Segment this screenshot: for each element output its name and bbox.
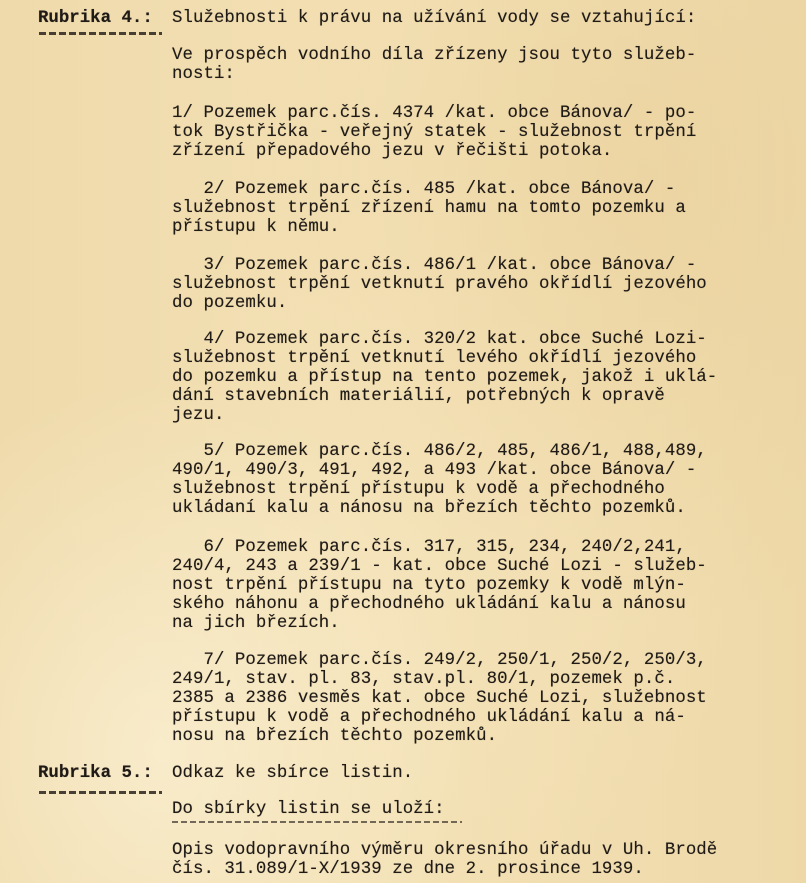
item-5-line: 490/1, 490/3, 491, 492, a 493 /kat. obce…	[172, 461, 696, 480]
item-1-line: tok Bystřička - veřejný statek - služebn…	[172, 123, 696, 142]
item-3-line: 3/ Pozemek parc.čís. 486/1 /kat. obce Bá…	[172, 256, 696, 275]
item-6-line: nost trpění přístupu na tyto pozemky k v…	[172, 576, 686, 595]
document-page: Rubrika 4.: Služebnosti k právu na užívá…	[0, 0, 806, 883]
rubrika-5-underline	[39, 791, 162, 794]
intro-line: nosti:	[172, 65, 235, 84]
item-2-line: přístupu k němu.	[172, 218, 340, 237]
intro-line: Ve prospěch vodního díla zřízeny jsou ty…	[172, 46, 696, 65]
item-3-line: služebnost trpění vetknutí pravého okříd…	[172, 275, 707, 294]
rubrika-5-label: Rubrika 5.:	[38, 764, 153, 783]
rubrika-4-label: Rubrika 4.:	[38, 9, 153, 28]
item-3-line: do pozemku.	[172, 294, 287, 313]
item-7-line: přístupu k vodě a přechodného ukládání k…	[172, 708, 686, 727]
rubrika-5-body-line: čís. 31.089/1-X/1939 ze dne 2. prosince …	[172, 860, 644, 879]
item-5-line: 5/ Pozemek parc.čís. 486/2, 485, 486/1, …	[172, 442, 707, 461]
item-4-line: dání stavebních materiálií, potřebných k…	[172, 387, 665, 406]
rubrika-4-underline	[39, 32, 162, 35]
item-1-line: zřízení přepadového jezu v řečišti potok…	[172, 142, 612, 161]
item-4-line: jezu.	[172, 406, 224, 425]
item-6-line: ského náhonu a přechodného ukládání kalu…	[172, 595, 686, 614]
rubrika-5-subheading: Do sbírky listin se uloží:	[172, 800, 445, 819]
rubrika-4-heading: Služebnosti k právu na užívání vody se v…	[172, 9, 696, 28]
item-4-line: 4/ Pozemek parc.čís. 320/2 kat. obce Suc…	[172, 330, 707, 349]
item-2-line: služebnost trpění zřízení hamu na tomto …	[172, 199, 686, 218]
item-4-line: služebnost trpění vetknutí levého okřídl…	[172, 349, 696, 368]
item-7-line: 249/1, stav. pl. 83, stav.pl. 80/1, poze…	[172, 670, 675, 689]
item-4-line: do pozemku a přístup na tento pozemek, j…	[172, 368, 717, 387]
item-2-line: 2/ Pozemek parc.čís. 485 /kat. obce Báno…	[172, 180, 675, 199]
item-7-line: 2385 a 2386 vesměs kat. obce Suché Lozi,…	[172, 689, 707, 708]
rubrika-5-body-line: Opis vodopravního výměru okresního úřadu…	[172, 841, 717, 860]
item-7-line: 7/ Pozemek parc.čís. 249/2, 250/1, 250/2…	[172, 651, 707, 670]
rubrika-5-heading: Odkaz ke sbírce listin.	[172, 764, 413, 783]
item-6-line: na jich březích.	[172, 614, 340, 633]
item-6-line: 240/4, 243 a 239/1 - kat. obce Suché Loz…	[172, 557, 707, 576]
item-7-line: nosu na březích těchto pozemků.	[172, 727, 497, 746]
item-6-line: 6/ Pozemek parc.čís. 317, 315, 234, 240/…	[172, 538, 686, 557]
item-1-line: 1/ Pozemek parc.čís. 4374 /kat. obce Bán…	[172, 104, 696, 123]
item-5-line: ukládaní kalu a nánosu na březích těchto…	[172, 499, 686, 518]
subheading-underline	[172, 821, 462, 823]
item-5-line: služebnost trpění přístupu k vodě a přec…	[172, 480, 665, 499]
